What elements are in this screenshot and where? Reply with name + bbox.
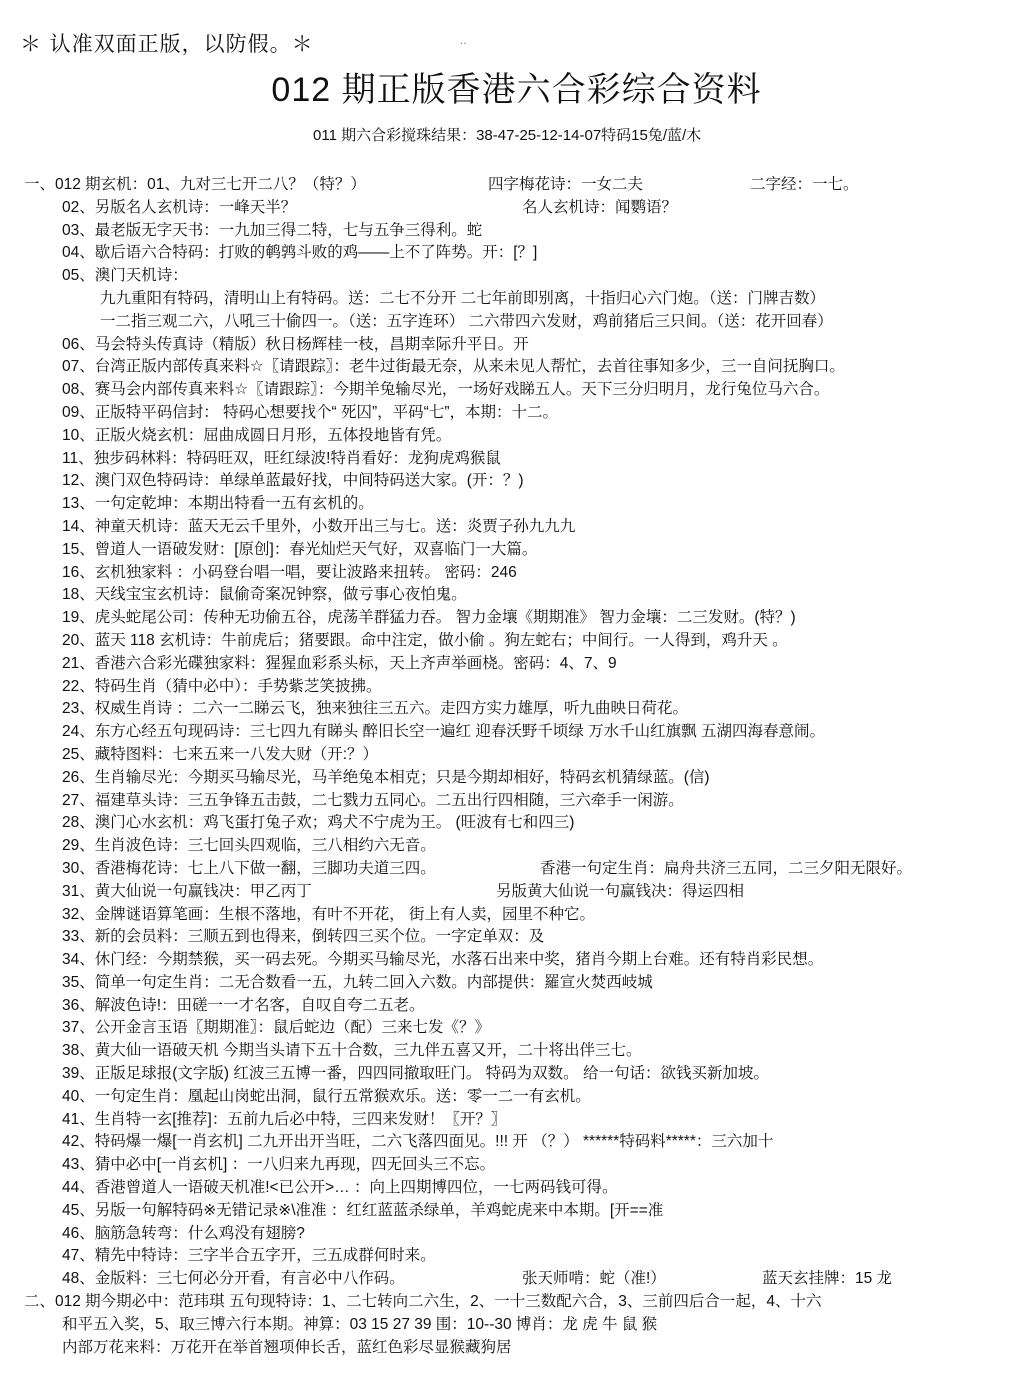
- anti-counterfeit-notice: ＊ 认准双面正版，以防假。＊: [20, 28, 314, 58]
- section-one-line: 36、解波色诗!：田磋一一才名客，自叹自夸二五老。: [0, 995, 1015, 1018]
- line-text: 40、一句定生肖：凰起山岗蛇出洞，鼠行五常猴欢乐。送：零一二一有玄机。: [62, 1088, 591, 1105]
- section-one-line: 29、生肖波色诗：三七回头四观临，三八相约六无音。: [0, 835, 1015, 858]
- line-text: 33、新的会员料：三顺五到也得来，倒转四三买个位。一字定单双：及: [62, 928, 544, 945]
- line-text: 09、正版特平码信封： 特码心想要找个“ 死囚”，平码“七”，本期：十二。: [62, 404, 558, 421]
- line-extra-text: 香港一句定生肖：扁舟共济三五同，二三夕阳无限好。: [540, 858, 912, 881]
- line-text: 24、东方心经五句现码诗：三七四九有睇头 醉旧长空一遍红 迎春沃野千顷绿 万水千…: [62, 723, 825, 740]
- section-one-line: 05、澳门天机诗：: [0, 265, 1015, 288]
- line-text: 22、特码生肖（猜中必中）：手势紫芝笑披拂。: [62, 678, 382, 695]
- line-text: 39、正版足球报(文字版) 红波三五博一番，四四同撤取旺门。 特码为双数。 给一…: [62, 1065, 769, 1082]
- decorative-dots: ..: [460, 36, 466, 47]
- line-text: 20、蓝天 118 玄机诗：牛前虎后；猪要跟。命中注定，做小偷 。狗左蛇右；中间…: [62, 632, 788, 649]
- previous-draw-result: 011 期六合彩搅珠结果：38-47-25-12-14-07特码15兔/蓝/木: [313, 124, 701, 145]
- line-text: 38、黄大仙一语破天机 今期当头请下五十合数，三九伴五喜又开，二十将出伴三七。: [62, 1042, 642, 1059]
- line-text: 44、香港曾道人一语破天机准!<已公开>… ：向上四期博四位，一七两码钱可得。: [62, 1179, 617, 1196]
- section-one-line: 07、台湾正版内部传真来料☆〖请跟踪〗：老牛过街最无奈，从来未见人帮忙，去首往事…: [0, 356, 1015, 379]
- section-one-line: 06、马会特头传真诗（精版）秋日杨辉桂一枝，昌期幸际升平日。开: [0, 334, 1015, 357]
- section-one-line: 28、澳门心水玄机：鸡飞蛋打兔子欢；鸡犬不宁虎为王。 (旺波有七和四三): [0, 812, 1015, 835]
- section-one-line: 37、公开金言玉语〖期期准〗：鼠后蛇边（配）三来七发《？》: [0, 1017, 1015, 1040]
- line-text: 08、赛马会内部传真来料☆〖请跟踪〗：今期羊兔输尽光，一场好戏睇五人。天下三分归…: [62, 381, 829, 398]
- section-two-line: 二、012 期今期必中：范玮琪 五句现特诗：1、二七转向二六生，2、一十三数配六…: [0, 1291, 1015, 1314]
- section-one-line: 19、虎头蛇尾公司：传种无功偷五谷，虎荡羊群猛力吞。 智力金壤《期期准》 智力金…: [0, 607, 1015, 630]
- line-text: 28、澳门心水玄机：鸡飞蛋打兔子欢；鸡犬不宁虎为王。 (旺波有七和四三): [62, 814, 574, 831]
- line-text: 41、生肖特一玄[推荐]：五前九后必中特，三四来发财！〖开？〗: [62, 1111, 506, 1128]
- section-one-line: 24、东方心经五句现码诗：三七四九有睇头 醉旧长空一遍红 迎春沃野千顷绿 万水千…: [0, 721, 1015, 744]
- line-text: 07、台湾正版内部传真来料☆〖请跟踪〗：老牛过街最无奈，从来未见人帮忙，去首往事…: [62, 358, 845, 375]
- line-text: 九九重阳有特码，清明山上有特码。送：二七不分开 二七年前即别离，十指归心六门炮。…: [100, 290, 825, 307]
- line-extra-text: 另版黄大仙说一句赢钱决：得运四相: [496, 881, 744, 904]
- section-one-line: 42、特码爆一爆[一肖玄机] 二九开出开当旺，二六飞落四面见。!!! 开 （？）…: [0, 1131, 1015, 1154]
- section-one-line: 27、福建草头诗：三五争锋五击鼓，二七戮力五同心。二五出行四相随，三六牵手一闲游…: [0, 790, 1015, 813]
- line-text: 25、藏特图料：七来五来一八发大财（开:？）: [62, 746, 378, 763]
- section-one-line: 一、012 期玄机：01、九对三七开二八？（特？）四字梅花诗：一女二夫二字经：一…: [0, 174, 1015, 197]
- line-text: 48、金版料：三七何必分开看，有言必中八作码。: [62, 1270, 405, 1287]
- section-one-line: 14、神童天机诗：蓝天无云千里外，小数开出三与七。送：炎贾子孙九九九: [0, 516, 1015, 539]
- line-text: 18、天线宝宝玄机诗：鼠偷奇案况钟察，做亏事心夜怕鬼。: [62, 586, 467, 603]
- line-text: 43、猜中必中[一肖玄机] ：一八归来九再现，四无回头三不忘。: [62, 1156, 495, 1173]
- line-text: 12、澳门双色特码诗：单绿单蓝最好找，中间特码送大家。(开：？): [62, 472, 524, 489]
- line-extra-text: 张天师啃：蛇（准!）: [522, 1268, 666, 1291]
- line-text: 32、金牌谜语算笔画：生根不落地，有叶不开花， 街上有人卖，园里不种它。: [62, 906, 595, 923]
- section-one-line: 23、权威生肖诗 ：二六一二睇云飞，独来独往三五六。走四方实力雄厚，听九曲映日荷…: [0, 698, 1015, 721]
- line-text: 47、精先中特诗：三字半合五字开，三五成群何时来。: [62, 1247, 436, 1264]
- line-extra-text: 名人玄机诗：闻鹦语？: [522, 197, 677, 220]
- line-text: 21、香港六合彩光碟独家料：猩猩血彩系头标，天上齐声举画桡。密码：4、7、9: [62, 655, 617, 672]
- section-one-line: 45、另版一句解特码※无错记录※\准准 ：红红蓝蓝杀绿单，羊鸡蛇虎来中本期。[开…: [0, 1200, 1015, 1223]
- line-text: 23、权威生肖诗 ：二六一二睇云飞，独来独往三五六。走四方实力雄厚，听九曲映日荷…: [62, 700, 688, 717]
- line-text: 一、012 期玄机：01、九对三七开二八？（特？）: [24, 176, 366, 193]
- line-text: 30、香港梅花诗：七上八下做一翻，三脚功夫道三四。: [62, 860, 436, 877]
- section-one-line: 32、金牌谜语算笔画：生根不落地，有叶不开花， 街上有人卖，园里不种它。: [0, 904, 1015, 927]
- line-extra-text: 二字经：一七。: [750, 174, 859, 197]
- line-extra-text: 蓝天玄挂牌：15 龙: [762, 1268, 892, 1291]
- section-one-line: 15、曾道人一语破发财：[原创]：春光灿烂天气好，双喜临门一大篇。: [0, 539, 1015, 562]
- line-text: 35、简单一句定生肖：二无合数看一五，九转二回入六数。内部提供：羅宣火焚西岐城: [62, 974, 653, 991]
- section-one-line: 47、精先中特诗：三字半合五字开，三五成群何时来。: [0, 1245, 1015, 1268]
- section-one-line: 48、金版料：三七何必分开看，有言必中八作码。张天师啃：蛇（准!）蓝天玄挂牌：1…: [0, 1268, 1015, 1291]
- section-one-line: 02、另版名人玄机诗：一峰天半？名人玄机诗：闻鹦语？: [0, 197, 1015, 220]
- line-text: 13、一句定乾坤：本期出特看一五有玄机的。: [62, 495, 374, 512]
- section-one-line: 18、天线宝宝玄机诗：鼠偷奇案况钟察，做亏事心夜怕鬼。: [0, 584, 1015, 607]
- section-one-line: 16、玄机独家料 ：小码登台唱一唱，要让波路来扭转。 密码：246: [0, 562, 1015, 585]
- line-text: 02、另版名人玄机诗：一峰天半？: [62, 199, 296, 216]
- section-one-line: 25、藏特图料：七来五来一八发大财（开:？）: [0, 744, 1015, 767]
- line-text: 15、曾道人一语破发财：[原创]：春光灿烂天气好，双喜临门一大篇。: [62, 541, 537, 558]
- line-text: 04、歇后语六合特码：打败的鹌鹑斗败的鸡——上不了阵势。开：[？]: [62, 244, 537, 261]
- line-text: 37、公开金言玉语〖期期准〗：鼠后蛇边（配）三来七发《？》: [62, 1019, 490, 1036]
- line-text: 45、另版一句解特码※无错记录※\准准 ：红红蓝蓝杀绿单，羊鸡蛇虎来中本期。[开…: [62, 1202, 663, 1219]
- section-two-line: 和平五入奖，5、取三博六行本期。神算：03 15 27 39 围：10--30 …: [0, 1314, 1015, 1337]
- section-one-line: 46、脑筋急转弯：什么鸡没有翅膀?: [0, 1223, 1015, 1246]
- section-one-line: 11、独步码林料：特码旺双，旺红绿波!特肖看好：龙狗虎鸡猴鼠: [0, 448, 1015, 471]
- section-one-line: 12、澳门双色特码诗：单绿单蓝最好找，中间特码送大家。(开：？): [0, 470, 1015, 493]
- section-one-line: 08、赛马会内部传真来料☆〖请跟踪〗：今期羊兔输尽光，一场好戏睇五人。天下三分归…: [0, 379, 1015, 402]
- section-one-line: 26、生肖输尽光：今期买马输尽光，马羊绝兔本相克；只是今期却相好，特码玄机猜绿蓝…: [0, 767, 1015, 790]
- line-text: 03、最老版无字天书：一九加三得二特，七与五争三得利。蛇: [62, 222, 482, 239]
- line-text: 31、黄大仙说一句赢钱决：甲乙丙丁: [62, 883, 312, 900]
- line-text: 19、虎头蛇尾公司：传种无功偷五谷，虎荡羊群猛力吞。 智力金壤《期期准》 智力金…: [62, 609, 796, 626]
- section-one-line: 20、蓝天 118 玄机诗：牛前虎后；猪要跟。命中注定，做小偷 。狗左蛇右；中间…: [0, 630, 1015, 653]
- page-title: 012 期正版香港六合彩综合资料: [0, 62, 1015, 111]
- line-text: 29、生肖波色诗：三七回头四观临，三八相约六无音。: [62, 837, 436, 854]
- section-one-line: 10、正版火烧玄机：屈曲成圆日月形，五体投地皆有凭。: [0, 425, 1015, 448]
- line-text: 46、脑筋急转弯：什么鸡没有翅膀?: [62, 1225, 305, 1242]
- section-two-line: 内部万花来料：万花开在举首翘项伸长舌，蓝红色彩尽显猴藏狗居: [0, 1337, 1015, 1360]
- section-one-line: 03、最老版无字天书：一九加三得二特，七与五争三得利。蛇: [0, 220, 1015, 243]
- section-one-line: 34、休门经：今期禁猴，买一码去死。今期买马输尽光，水落石出来中奖，猪肖今期上台…: [0, 949, 1015, 972]
- line-text: 内部万花来料：万花开在举首翘项伸长舌，蓝红色彩尽显猴藏狗居: [62, 1339, 512, 1356]
- line-text: 36、解波色诗!：田磋一一才名客，自叹自夸二五老。: [62, 997, 425, 1014]
- section-one-line: 31、黄大仙说一句赢钱决：甲乙丙丁另版黄大仙说一句赢钱决：得运四相: [0, 881, 1015, 904]
- line-extra-text: 四字梅花诗：一女二夫: [488, 174, 643, 197]
- line-text: 27、福建草头诗：三五争锋五击鼓，二七戮力五同心。二五出行四相随，三六牵手一闲游…: [62, 792, 684, 809]
- line-text: 34、休门经：今期禁猴，买一码去死。今期买马输尽光，水落石出来中奖，猪肖今期上台…: [62, 951, 823, 968]
- section-one-line: 44、香港曾道人一语破天机准!<已公开>… ：向上四期博四位，一七两码钱可得。: [0, 1177, 1015, 1200]
- section-one-line: 九九重阳有特码，清明山上有特码。送：二七不分开 二七年前即别离，十指归心六门炮。…: [0, 288, 1015, 311]
- section-one-line: 04、歇后语六合特码：打败的鹌鹑斗败的鸡——上不了阵势。开：[？]: [0, 242, 1015, 265]
- line-text: 14、神童天机诗：蓝天无云千里外，小数开出三与七。送：炎贾子孙九九九: [62, 518, 575, 535]
- section-one-line: 22、特码生肖（猜中必中）：手势紫芝笑披拂。: [0, 676, 1015, 699]
- section-one-line: 33、新的会员料：三顺五到也得来，倒转四三买个位。一字定单双：及: [0, 926, 1015, 949]
- section-one-line: 一二指三观二六，八吼三十偷四一。（送：五字连环） 二六带四六发财，鸡前猪后三只间…: [0, 311, 1015, 334]
- section-one-line: 21、香港六合彩光碟独家料：猩猩血彩系头标，天上齐声举画桡。密码：4、7、9: [0, 653, 1015, 676]
- line-text: 26、生肖输尽光：今期买马输尽光，马羊绝兔本相克；只是今期却相好，特码玄机猜绿蓝…: [62, 769, 710, 786]
- section-one-line: 09、正版特平码信封： 特码心想要找个“ 死囚”，平码“七”，本期：十二。: [0, 402, 1015, 425]
- line-text: 16、玄机独家料 ：小码登台唱一唱，要让波路来扭转。 密码：246: [62, 564, 517, 581]
- line-text: 一二指三观二六，八吼三十偷四一。（送：五字连环） 二六带四六发财，鸡前猪后三只间…: [100, 313, 833, 330]
- content-body: 一、012 期玄机：01、九对三七开二八？（特？）四字梅花诗：一女二夫二字经：一…: [0, 174, 1015, 1359]
- line-text: 06、马会特头传真诗（精版）秋日杨辉桂一枝，昌期幸际升平日。开: [62, 336, 529, 353]
- section-one-line: 38、黄大仙一语破天机 今期当头请下五十合数，三九伴五喜又开，二十将出伴三七。: [0, 1040, 1015, 1063]
- line-text: 和平五入奖，5、取三博六行本期。神算：03 15 27 39 围：10--30 …: [62, 1316, 657, 1333]
- line-text: 11、独步码林料：特码旺双，旺红绿波!特肖看好：龙狗虎鸡猴鼠: [62, 450, 501, 467]
- section-one-line: 40、一句定生肖：凰起山岗蛇出洞，鼠行五常猴欢乐。送：零一二一有玄机。: [0, 1086, 1015, 1109]
- section-one-line: 43、猜中必中[一肖玄机] ：一八归来九再现，四无回头三不忘。: [0, 1154, 1015, 1177]
- line-text: 10、正版火烧玄机：屈曲成圆日月形，五体投地皆有凭。: [62, 427, 451, 444]
- section-one-line: 30、香港梅花诗：七上八下做一翻，三脚功夫道三四。香港一句定生肖：扁舟共济三五同…: [0, 858, 1015, 881]
- section-one-line: 41、生肖特一玄[推荐]：五前九后必中特，三四来发财！〖开？〗: [0, 1109, 1015, 1132]
- section-one-line: 39、正版足球报(文字版) 红波三五博一番，四四同撤取旺门。 特码为双数。 给一…: [0, 1063, 1015, 1086]
- section-one-line: 13、一句定乾坤：本期出特看一五有玄机的。: [0, 493, 1015, 516]
- line-text: 05、澳门天机诗：: [62, 267, 188, 284]
- section-one-line: 35、简单一句定生肖：二无合数看一五，九转二回入六数。内部提供：羅宣火焚西岐城: [0, 972, 1015, 995]
- line-text: 42、特码爆一爆[一肖玄机] 二九开出开当旺，二六飞落四面见。!!! 开 （？）…: [62, 1133, 773, 1150]
- line-text: 二、012 期今期必中：范玮琪 五句现特诗：1、二七转向二六生，2、一十三数配六…: [24, 1293, 821, 1310]
